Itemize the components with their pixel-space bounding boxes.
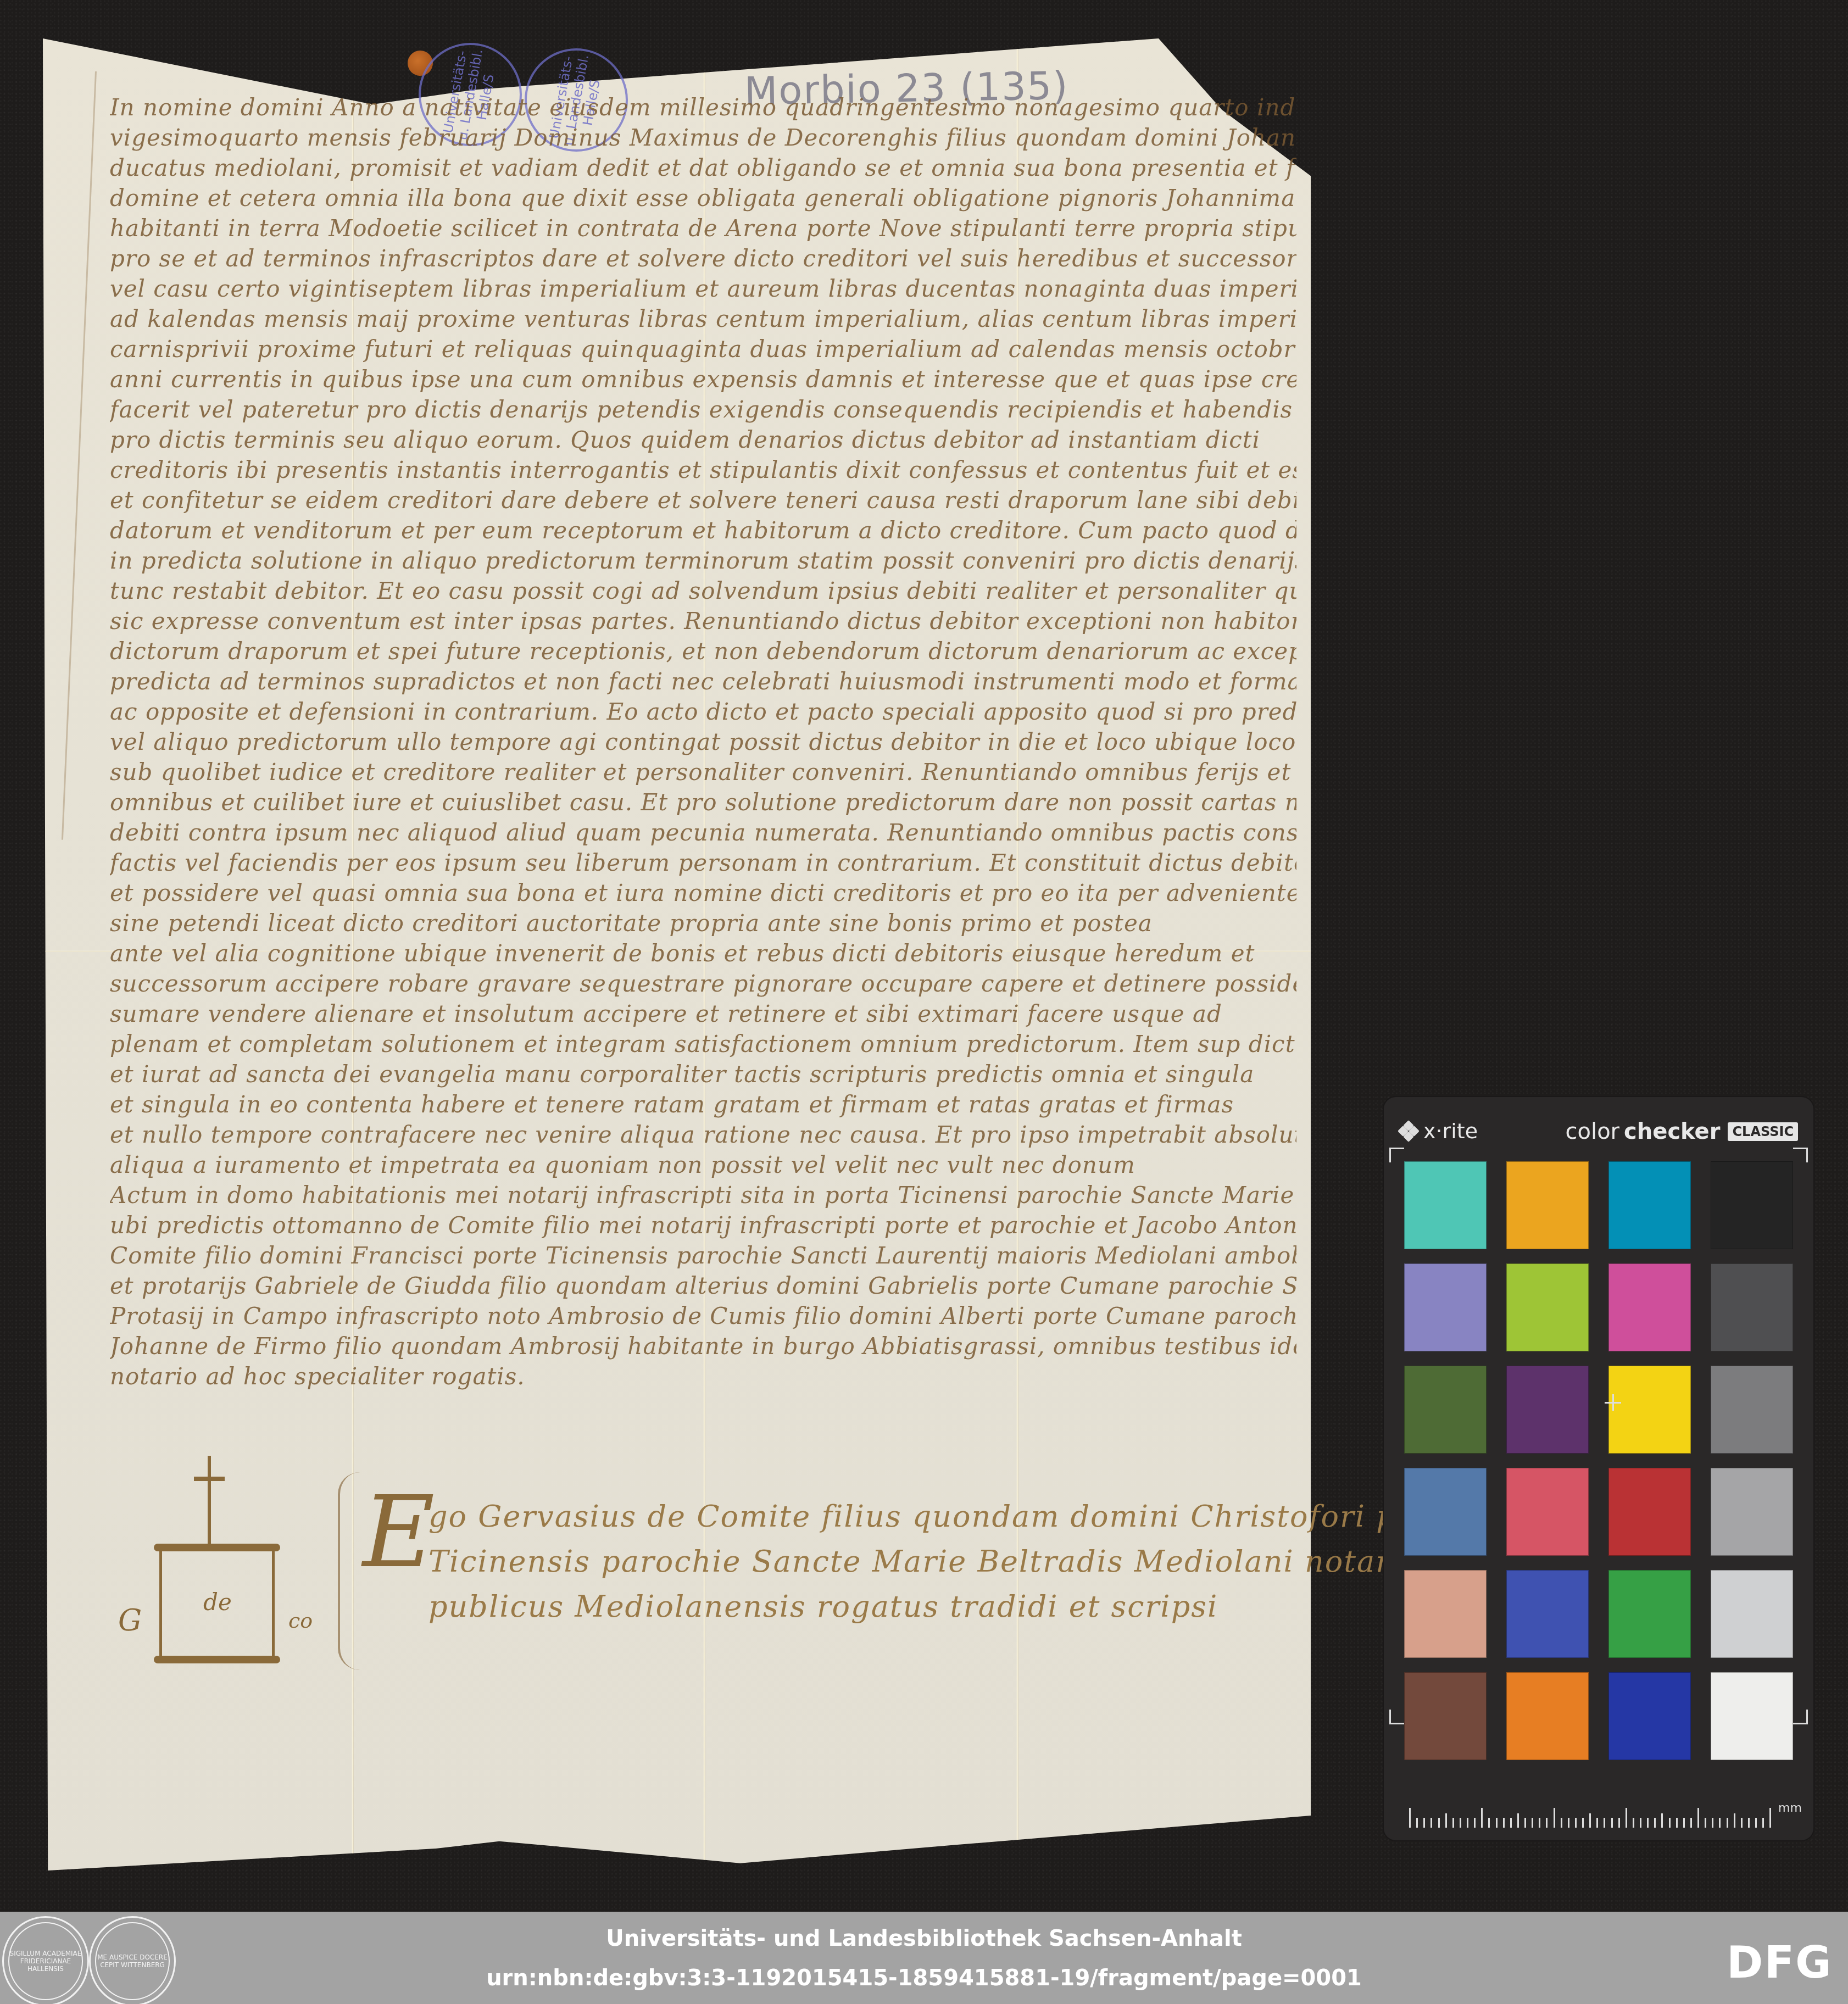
xrite-brand: x·rite <box>1399 1119 1478 1143</box>
color-patch-white <box>1711 1672 1793 1760</box>
manuscript-line: ducatus mediolani, promisit et vadiam de… <box>110 153 1296 183</box>
manuscript-line: successorum accipere robare gravare sequ… <box>110 968 1296 999</box>
notarial-sign: G de co <box>121 1445 319 1675</box>
sign-letter-right: co <box>288 1608 313 1633</box>
manuscript-line: ubi predictis ottomanno de Comite filio … <box>110 1210 1296 1240</box>
manuscript-line: pro se et ad terminos infrascriptos dare… <box>110 243 1296 274</box>
ruler-tick <box>1734 1813 1735 1828</box>
subscription-line: go Gervasius de Comite filius quondam do… <box>363 1494 1296 1539</box>
color-patch-black <box>1711 1161 1793 1249</box>
colorchecker-card: x·rite colorchecker CLASSIC mm <box>1384 1097 1813 1840</box>
ruler-tick <box>1582 1818 1584 1828</box>
manuscript-line: et possidere vel quasi omnia sua bona et… <box>110 878 1296 908</box>
ruler-tick <box>1697 1808 1699 1828</box>
ruler-tick <box>1575 1818 1577 1828</box>
corner-mark-icon <box>1389 1148 1404 1162</box>
color-patch-light-skin <box>1404 1570 1487 1658</box>
manuscript-line: vel casu certo vigintiseptem libras impe… <box>110 274 1296 304</box>
manuscript-line: vigesimoquarto mensis februarij Dominus … <box>110 123 1296 153</box>
manuscript-line: pro dictis terminis seu aliquo eorum. Qu… <box>110 425 1296 455</box>
sign-letter-left: G <box>118 1603 142 1638</box>
manuscript-line: et confitetur se eidem creditori dare de… <box>110 485 1296 515</box>
notary-subscription: E go Gervasius de Comite filius quondam … <box>363 1494 1296 1629</box>
ruler-tick <box>1647 1818 1649 1828</box>
ruler-tick <box>1676 1818 1678 1828</box>
color-patch-neutral-8 <box>1711 1570 1793 1658</box>
ruler-tick <box>1481 1808 1483 1828</box>
corner-mark-icon <box>1793 1710 1808 1724</box>
color-patch-dark-skin <box>1404 1672 1487 1760</box>
color-patch-orange <box>1506 1672 1589 1760</box>
manuscript-line: ad kalendas mensis maij proxime venturas… <box>110 304 1296 334</box>
xrite-logo-icon <box>1399 1122 1418 1140</box>
ruler-tick <box>1727 1818 1728 1828</box>
corner-mark-icon <box>1389 1710 1404 1724</box>
ruler-tick <box>1460 1818 1461 1828</box>
manuscript-line: et singula in eo contenta habere et tene… <box>110 1089 1296 1120</box>
margin-rule <box>62 71 97 840</box>
ruler-tick <box>1683 1818 1685 1828</box>
ruler-tick <box>1488 1818 1490 1828</box>
manuscript-line: ante vel alia cognitione ubique inveneri… <box>110 938 1296 968</box>
ruler-tick <box>1474 1818 1476 1828</box>
ruler-tick <box>1561 1818 1562 1828</box>
color-patch-yellow-green <box>1506 1263 1589 1351</box>
classic-badge: CLASSIC <box>1728 1122 1798 1141</box>
color-patch-moderate-red <box>1506 1468 1589 1556</box>
manuscript-line: sub quolibet iudice et creditore realite… <box>110 757 1296 787</box>
manuscript-line: omnibus et cuilibet iure et cuiuslibet c… <box>110 787 1296 817</box>
ruler-tick <box>1604 1818 1605 1828</box>
color-patch-grid <box>1404 1161 1794 1760</box>
ruler-tick <box>1445 1813 1447 1828</box>
manuscript-line: vel aliquo predictorum ullo tempore agi … <box>110 727 1296 757</box>
ruler-tick <box>1452 1818 1454 1828</box>
ruler-tick <box>1496 1818 1498 1828</box>
title-light: color <box>1566 1119 1620 1144</box>
cross-icon <box>208 1456 211 1549</box>
color-patch-neutral-3-5 <box>1711 1263 1793 1351</box>
ruler-tick <box>1618 1818 1620 1828</box>
manuscript-line: datorum et venditorum et per eum recepto… <box>110 515 1296 545</box>
ruler-tick <box>1769 1808 1771 1828</box>
color-patch-neutral-6-5 <box>1711 1468 1793 1556</box>
manuscript-line: creditoris ibi presentis instantis inter… <box>110 455 1296 485</box>
ruler-tick <box>1705 1818 1706 1828</box>
ruler-tick <box>1741 1818 1743 1828</box>
ruler-tick <box>1748 1818 1750 1828</box>
manuscript-line: facerit vel pateretur pro dictis denarij… <box>110 394 1296 425</box>
ruler-tick <box>1503 1818 1505 1828</box>
manuscript-line: ac opposite et defensioni in contrarium.… <box>110 697 1296 727</box>
manuscript-line: dictorum draporum et spei future recepti… <box>110 636 1296 666</box>
subscription-line: publicus Mediolanensis rogatus tradidi e… <box>363 1584 1296 1629</box>
color-patch-blue <box>1506 1570 1589 1658</box>
manuscript-line: sumare vendere alienare et insolutum acc… <box>110 999 1296 1029</box>
manuscript-line: plenam et completam solutionem et integr… <box>110 1029 1296 1059</box>
ruler-tick <box>1539 1818 1540 1828</box>
manuscript-line: In nomine domini Anno a nativitate eiusd… <box>110 92 1296 123</box>
ruler-tick <box>1416 1818 1418 1828</box>
manuscript-line: Actum in domo habitationis mei notarij i… <box>110 1180 1296 1210</box>
footer-bar: SIGILLUM ACADEMIAE FRIDERICIANAE HALLENS… <box>0 1912 1848 2004</box>
manuscript-line: domine et cetera omnia illa bona que dix… <box>110 183 1296 213</box>
sign-bar-bottom <box>154 1656 280 1663</box>
ruler-tick <box>1712 1818 1713 1828</box>
manuscript-line: debiti contra ipsum nec aliquod aliud qu… <box>110 817 1296 848</box>
ruler-tick <box>1524 1818 1526 1828</box>
color-patch-bluish-green <box>1404 1161 1487 1249</box>
subscription-initial: E <box>363 1483 435 1582</box>
manuscript-line: factis vel faciendis per eos ipsum seu l… <box>110 848 1296 878</box>
color-patch-orange-yellow <box>1506 1161 1589 1249</box>
ruler-tick <box>1568 1818 1569 1828</box>
manuscript-line: carnisprivii proxime futuri et reliquas … <box>110 334 1296 364</box>
color-patch-blue-sky <box>1404 1468 1487 1556</box>
ruler-tick <box>1430 1818 1432 1828</box>
corner-mark-icon <box>1793 1148 1808 1162</box>
manuscript-line: in predicta solutione in aliquo predicto… <box>110 545 1296 576</box>
ruler-tick <box>1626 1808 1627 1828</box>
manuscript-line: anni currentis in quibus ipse una cum om… <box>110 364 1296 394</box>
color-patch-purple <box>1506 1366 1589 1454</box>
ruler-tick <box>1762 1818 1764 1828</box>
scan-area: Universitäts- u. Landesbibl. Halle/S Uni… <box>0 0 1848 1912</box>
ruler-tick <box>1719 1818 1721 1828</box>
ruler-tick <box>1755 1818 1757 1828</box>
ruler-tick <box>1546 1818 1548 1828</box>
colorchecker-title: colorchecker CLASSIC <box>1566 1119 1798 1144</box>
ruler-tick <box>1654 1818 1656 1828</box>
manuscript-line: Johanne de Firmo filio quondam Ambrosij … <box>110 1331 1296 1361</box>
institution-name: Universitäts- und Landesbibliothek Sachs… <box>0 1926 1848 1951</box>
mm-ruler <box>1409 1806 1772 1828</box>
ruler-tick <box>1409 1808 1411 1828</box>
ruler-tick <box>1640 1818 1641 1828</box>
ruler-tick <box>1510 1818 1512 1828</box>
ruler-tick <box>1467 1818 1468 1828</box>
manuscript-line: notario ad hoc specialiter rogatis. <box>110 1361 1296 1391</box>
brace <box>338 1472 362 1670</box>
manuscript-line: aliqua a iuramento et impetrata ea quoni… <box>110 1150 1296 1180</box>
color-patch-foliage <box>1404 1366 1487 1454</box>
ruler-tick <box>1438 1818 1440 1828</box>
crosshair-icon <box>1605 1394 1621 1411</box>
ruler-tick <box>1517 1813 1519 1828</box>
manuscript-line: habitanti in terra Modoetie scilicet in … <box>110 213 1296 243</box>
title-bold: checker <box>1624 1119 1720 1144</box>
brand-name: x·rite <box>1423 1119 1478 1143</box>
subscription-line: Ticinensis parochie Sancte Marie Beltrad… <box>363 1539 1296 1584</box>
color-patch-red <box>1608 1468 1691 1556</box>
urn-identifier: urn:nbn:de:gbv:3:3-1192015415-1859415881… <box>0 1966 1848 1991</box>
ruler-tick <box>1554 1808 1555 1828</box>
dfg-logo: DFG <box>1727 1937 1833 1988</box>
ruler-tick <box>1423 1818 1425 1828</box>
color-patch-neutral-5 <box>1711 1366 1793 1454</box>
ruler-tick <box>1690 1818 1692 1828</box>
manuscript-line: Comite filio domini Francisci porte Tici… <box>110 1240 1296 1271</box>
manuscript-line: predicta ad terminos supradictos et non … <box>110 666 1296 697</box>
sign-letter-center: de <box>203 1589 232 1616</box>
color-patch-green <box>1608 1570 1691 1658</box>
color-patch-blue-flower <box>1404 1263 1487 1351</box>
ruler-tick <box>1661 1813 1663 1828</box>
color-patch-magenta <box>1608 1263 1691 1351</box>
manuscript-line: et iurat ad sancta dei evangelia manu co… <box>110 1059 1296 1089</box>
manuscript-line: Protasij in Campo infrascripto noto Ambr… <box>110 1301 1296 1331</box>
color-patch-cyan <box>1608 1161 1691 1249</box>
ruler-tick <box>1596 1818 1598 1828</box>
cross-icon <box>194 1477 225 1481</box>
ruler-unit: mm <box>1778 1801 1802 1815</box>
manuscript-line: sic expresse conventum est inter ipsas p… <box>110 606 1296 636</box>
manuscript-line: et protarijs Gabriele de Giudda filio qu… <box>110 1271 1296 1301</box>
manuscript-line: et nullo tempore contrafacere nec venire… <box>110 1120 1296 1150</box>
ruler-tick <box>1633 1818 1634 1828</box>
manuscript-line: tunc restabit debitor. Et eo casu possit… <box>110 576 1296 606</box>
ruler-tick <box>1611 1818 1613 1828</box>
color-patch-blue-primary <box>1608 1672 1691 1760</box>
ruler-tick <box>1589 1813 1591 1828</box>
ruler-tick <box>1532 1818 1533 1828</box>
ruler-tick <box>1669 1818 1671 1828</box>
manuscript-body: In nomine domini Anno a nativitate eiusd… <box>110 92 1296 1391</box>
manuscript-line: sine petendi liceat dicto creditori auct… <box>110 908 1296 938</box>
